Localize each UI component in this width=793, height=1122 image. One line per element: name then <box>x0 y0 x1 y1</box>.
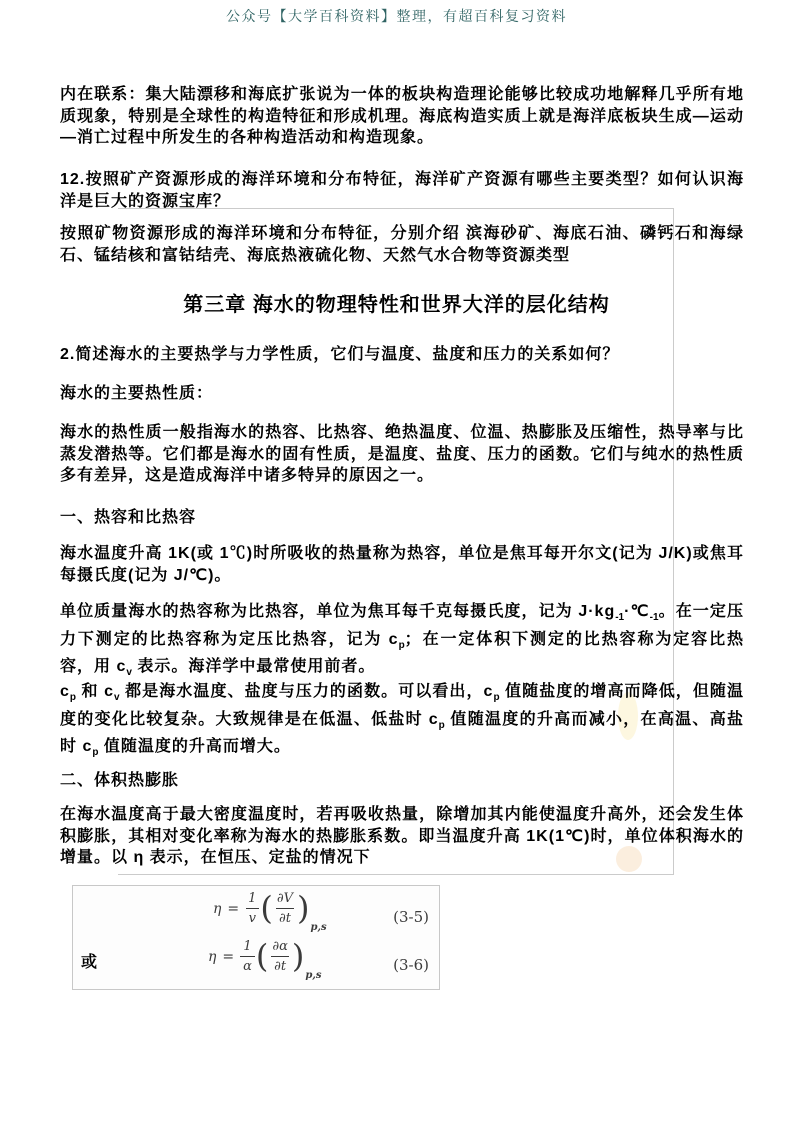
document-page: 公众号【大学百科资料】整理，有超百科复习资料 内在联系：集大陆漂移和海底扩张说为… <box>0 0 793 1122</box>
fraction-dalpha-over-dt: ∂α ∂t <box>269 940 291 973</box>
answer-12: 按照矿物资源形成的海洋环境和分布特征，分别介绍 滨海砂矿、海底石油、磷钙石和海绿… <box>60 223 744 266</box>
equation-number-3-6: (3-6) <box>393 956 429 974</box>
paragraph-heat-capacity-3: cp 和 cv 都是海水温度、盐度与压力的函数。可以看出，cp 值随盐度的增高而… <box>60 681 744 764</box>
paragraph-thermal-expansion: 在海水温度高于最大密度温度时，若再吸收热量，除增加其内能使温度升高外，还会发生体… <box>60 804 744 869</box>
equals-sign: = <box>222 949 234 965</box>
open-paren: ( <box>256 942 268 971</box>
question-2: 2.简述海水的主要热学与力学性质，它们与温度、盐度和压力的关系如何？ <box>60 344 744 366</box>
section-heading-thermal-expansion: 二、体积热膨胀 <box>60 770 744 792</box>
thermal-properties-intro: 海水的主要热性质： <box>60 383 744 405</box>
paragraph-heat-capacity-2: 单位质量海水的热容称为比热容，单位为焦耳每千克每摄氏度，记为 J·kg-1·℃-… <box>60 601 744 684</box>
equation-3-5: η = 1 v ( ∂V ∂t ) p,s <box>213 892 327 925</box>
equation-number-3-5: (3-5) <box>393 908 429 926</box>
equals-sign: = <box>227 901 239 917</box>
close-paren: ) <box>297 894 309 923</box>
page-header-slogan: 公众号【大学百科资料】整理，有超百科复习资料 <box>0 6 793 26</box>
paragraph-thermal-properties: 海水的热性质一般指海水的热容、比热容、绝热温度、位温、热膨胀及压缩性，热导率与比… <box>60 422 744 487</box>
section-heading-heat-capacity: 一、热容和比热容 <box>60 507 744 529</box>
close-paren: ) <box>292 942 304 971</box>
eta-symbol: η <box>208 949 216 965</box>
fraction-1-over-v: 1 v <box>245 892 259 925</box>
formula-image-box: 或 η = 1 v ( ∂V ∂t ) p,s (3-5) η = 1 α ( <box>72 885 440 990</box>
condition-subscript: p,s <box>311 922 327 933</box>
question-12: 12.按照矿产资源形成的海洋环境和分布特征，海洋矿产资源有哪些主要类型？如何认识… <box>60 169 744 212</box>
condition-subscript: p,s <box>305 970 321 981</box>
chapter-title: 第三章 海水的物理特性和世界大洋的层化结构 <box>0 288 793 317</box>
fraction-dV-over-dt: ∂V ∂t <box>274 892 296 925</box>
paragraph-plate-tectonics: 内在联系：集大陆漂移和海底扩张说为一体的板块构造理论能够比较成功地解释几乎所有地… <box>60 84 744 149</box>
equation-3-6: η = 1 α ( ∂α ∂t ) p,s <box>208 940 322 973</box>
eta-symbol: η <box>213 901 221 917</box>
paragraph-heat-capacity-1: 海水温度升高 1K(或 1℃)时所吸收的热量称为热容，单位是焦耳每开尔文(记为 … <box>60 543 744 586</box>
or-label: 或 <box>81 949 98 972</box>
open-paren: ( <box>260 894 272 923</box>
fraction-1-over-alpha: 1 α <box>240 940 255 973</box>
